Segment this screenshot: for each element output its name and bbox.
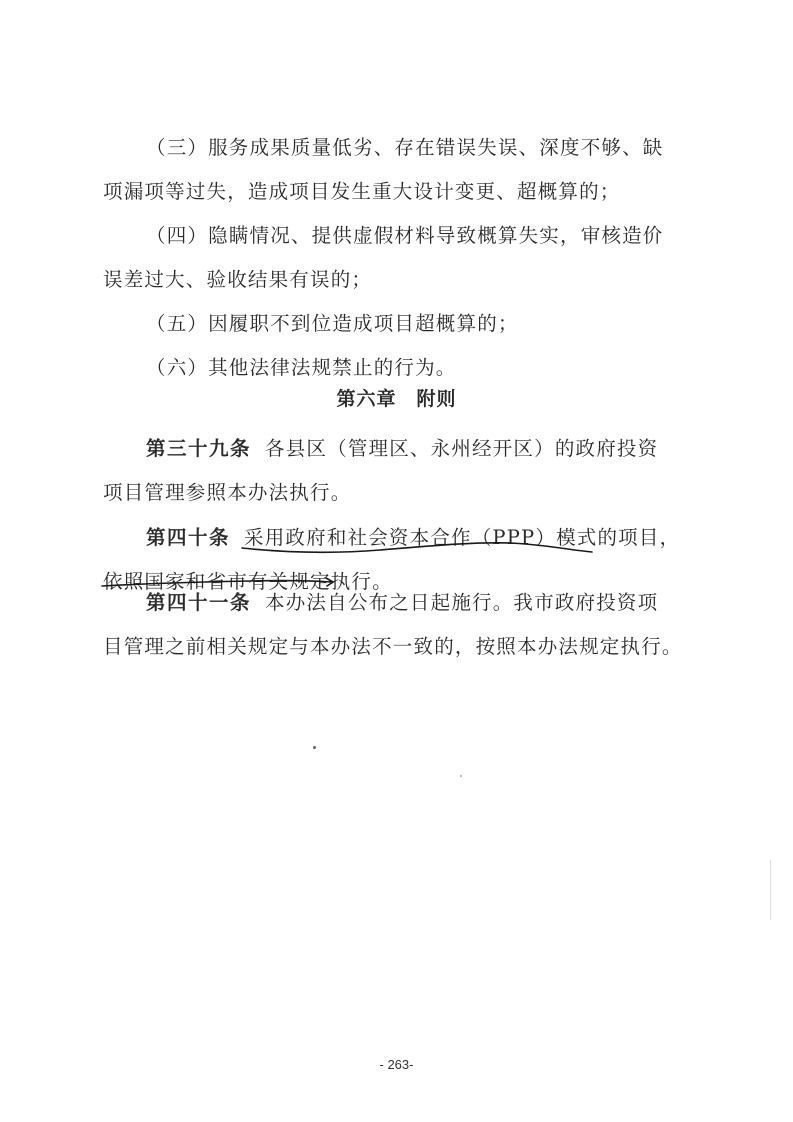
article-39-text: 各县区（管理区、永州经开区）的政府投资 <box>265 437 658 460</box>
scan-edge-mark <box>770 860 771 920</box>
article-41-line-1: 第四十一条本办法自公布之日起施行。我市政府投资项 <box>146 589 658 617</box>
scan-speck <box>460 775 462 777</box>
article-39-line-1: 第三十九条各县区（管理区、永州经开区）的政府投资 <box>146 435 658 463</box>
chapter-heading: 第六章 附则 <box>0 384 793 411</box>
article-41-line-2: 目管理之前相关规定与本办法不一致的，按照本办法规定执行。 <box>103 633 683 661</box>
article-40-number: 第四十条 <box>146 526 230 549</box>
article-39-line-2: 项目管理参照本办法执行。 <box>103 479 351 507</box>
item-4-line-1: （四）隐瞒情况、提供虚假材料导致概算失实，审核造价 <box>146 222 664 250</box>
item-5-line-1: （五）因履职不到位造成项目超概算的； <box>146 310 519 338</box>
document-page: （三）服务成果质量低劣、存在错误失误、深度不够、缺 项漏项等过失，造成项目发生重… <box>0 0 793 1122</box>
article-39-number: 第三十九条 <box>146 437 251 460</box>
item-3-line-2: 项漏项等过失，造成项目发生重大设计变更、超概算的； <box>103 178 621 206</box>
item-4-line-2: 误差过大、验收结果有误的； <box>103 266 372 294</box>
article-41-number: 第四十一条 <box>146 591 251 614</box>
scan-speck <box>313 746 316 749</box>
page-number: - 263- <box>0 1057 793 1072</box>
article-41-text: 本办法自公布之日起施行。我市政府投资项 <box>265 591 658 614</box>
item-3-line-1: （三）服务成果质量低劣、存在错误失误、深度不够、缺 <box>146 134 664 162</box>
item-6-line-1: （六）其他法律法规禁止的行为。 <box>146 354 457 382</box>
handwritten-underline-1 <box>240 536 600 558</box>
